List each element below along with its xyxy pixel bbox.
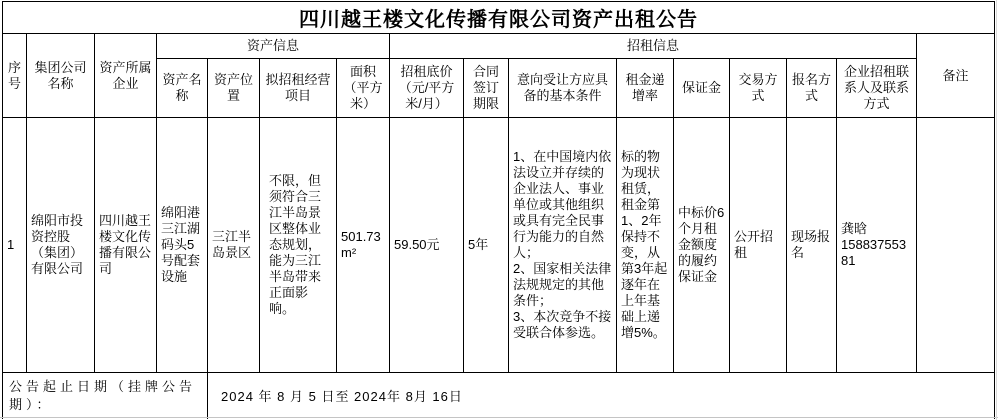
header-transaction-method: 交易方式 [730, 59, 787, 118]
header-remarks: 备注 [917, 34, 995, 118]
footer-row: 公告起止日期（挂牌公告期）： 2024 年 8 月 5 日至 2024年 8月 … [3, 373, 995, 419]
page-bottom-edge [0, 417, 998, 418]
cell-deposit: 中标价6个月租金额度的履约保证金 [674, 118, 730, 373]
header-asset-owner-company: 资产所属企业 [95, 34, 157, 118]
announcement-table: 四川越王楼文化传播有限公司资产出租公告 序号 集团公司名称 资产所属企业 资产信… [2, 1, 995, 419]
header-rent-increase-rate: 租金递增率 [617, 59, 674, 118]
header-floor-price: 招租底价（元/平方米/月） [390, 59, 464, 118]
header-asset-info-group: 资产信息 [157, 34, 390, 59]
cell-transaction-method: 公开招租 [730, 118, 787, 373]
header-proposed-business: 拟招租经营项目 [260, 59, 337, 118]
header-group-row: 序号 集团公司名称 资产所属企业 资产信息 招租信息 备注 [3, 34, 995, 59]
cell-area: 501.73 m² [337, 118, 390, 373]
announcement-period-value: 2024 年 8 月 5 日至 2024年 8月 16日 [208, 373, 995, 419]
cell-floor-price: 59.50元 [390, 118, 464, 373]
header-contract-term: 合同签订期限 [464, 59, 509, 118]
cell-qualification: 1、在中国境内依法设立并存续的企业法人、事业单位或其他组织或具有完全民事行为能力… [509, 118, 617, 373]
cell-group-company: 绵阳市投资控股（集团）有限公司 [27, 118, 95, 373]
cell-contract-term: 5年 [464, 118, 509, 373]
cell-rent-increase-rate: 标的物为现状租赁，租金第1、2年保持不变，从第3年起逐年在上年基础上递增5%。 [617, 118, 674, 373]
announcement-period-label: 公告起止日期（挂牌公告期）： [3, 373, 208, 419]
cell-registration-method: 现场报名 [787, 118, 837, 373]
cell-seq: 1 [3, 118, 27, 373]
header-registration-method: 报名方式 [787, 59, 837, 118]
header-asset-name: 资产名称 [157, 59, 208, 118]
header-qualification: 意向受让方应具备的基本条件 [509, 59, 617, 118]
page-title: 四川越王楼文化传播有限公司资产出租公告 [3, 2, 995, 34]
cell-contact: 龚晗 15883755381 [837, 118, 917, 373]
table-row: 1 绵阳市投资控股（集团）有限公司 四川越王楼文化传播有限公司 绵阳港三江湖码头… [3, 118, 995, 373]
header-contact: 企业招租联系人及联系方式 [837, 59, 917, 118]
cell-asset-location: 三江半岛景区 [208, 118, 260, 373]
cell-proposed-business: 不限，但须符合三江半岛景区整体业态规划，能为三江半岛带来正面影响。 [260, 118, 337, 373]
title-row: 四川越王楼文化传播有限公司资产出租公告 [3, 2, 995, 34]
header-group-company: 集团公司名称 [27, 34, 95, 118]
header-asset-location: 资产位置 [208, 59, 260, 118]
header-seq: 序号 [3, 34, 27, 118]
header-leasing-info-group: 招租信息 [390, 34, 917, 59]
page-right-edge [996, 0, 997, 420]
cell-asset-name: 绵阳港三江湖码头5号配套设施 [157, 118, 208, 373]
cell-remarks [917, 118, 995, 373]
cell-asset-owner-company: 四川越王楼文化传播有限公司 [95, 118, 157, 373]
header-area: 面积（平方米） [337, 59, 390, 118]
header-deposit: 保证金 [674, 59, 730, 118]
